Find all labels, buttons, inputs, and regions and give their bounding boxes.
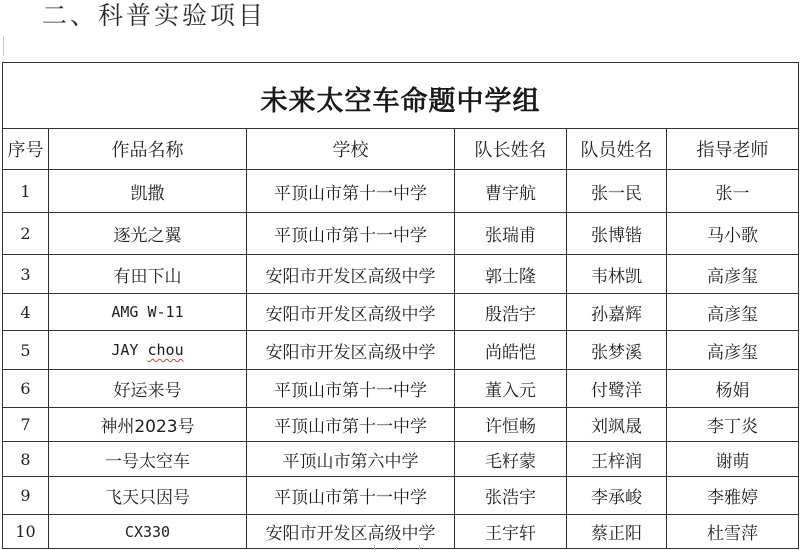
cell-no: 8 <box>3 442 49 477</box>
roster-table: 未来太空车命题中学组 序号 作品名称 学校 队长姓名 队员姓名 指导老师 1 凯… <box>2 62 799 549</box>
cell-captain: 董入元 <box>455 370 567 408</box>
table-row: 7 神州2023号 平顶山市第十一中学 许恒畅 刘飒晟 李丁炎 <box>3 408 799 442</box>
cell-work: CX330 <box>49 515 247 549</box>
cell-captain: 殷浩宇 <box>455 294 567 331</box>
cell-member: 张博锴 <box>567 213 667 255</box>
cell-member: 张一民 <box>567 170 667 213</box>
table-row: 6 好运来号 平顶山市第十一中学 董入元 付鹭洋 杨娟 <box>3 370 799 408</box>
column-header-school: 学校 <box>247 129 455 170</box>
cell-member: 蔡正阳 <box>567 515 667 549</box>
cell-teacher: 李丁炎 <box>667 408 799 442</box>
cell-no: 5 <box>3 331 49 370</box>
cell-teacher: 高彦玺 <box>667 331 799 370</box>
cell-member: 付鹭洋 <box>567 370 667 408</box>
cell-member: 韦林凯 <box>567 255 667 294</box>
cell-work: AMG W-11 <box>49 294 247 331</box>
cell-school: 平顶山市第十一中学 <box>247 170 455 213</box>
cell-teacher: 高彦玺 <box>667 255 799 294</box>
table-title-row: 未来太空车命题中学组 <box>3 63 799 129</box>
cell-captain: 毛籽蒙 <box>455 442 567 477</box>
cell-school: 平顶山市第六中学 <box>247 442 455 477</box>
cell-school: 平顶山市第十一中学 <box>247 370 455 408</box>
cell-member: 李承峻 <box>567 477 667 515</box>
table-row: 9 飞天只因号 平顶山市第十一中学 张浩宇 李承峻 李雅婷 <box>3 477 799 515</box>
cell-no: 3 <box>3 255 49 294</box>
table-row: 5 JAY chou 安阳市开发区高级中学 尚皓恺 张梦溪 高彦玺 <box>3 331 799 370</box>
cell-no: 4 <box>3 294 49 331</box>
cell-no: 2 <box>3 213 49 255</box>
cell-member: 张梦溪 <box>567 331 667 370</box>
cell-teacher: 马小歌 <box>667 213 799 255</box>
cell-work: 凯撒 <box>49 170 247 213</box>
column-header-work: 作品名称 <box>49 129 247 170</box>
cell-work: JAY chou <box>49 331 247 370</box>
cell-no: 1 <box>3 170 49 213</box>
cell-teacher: 李雅婷 <box>667 477 799 515</box>
cell-teacher: 张一 <box>667 170 799 213</box>
table-row: 4 AMG W-11 安阳市开发区高级中学 殷浩宇 孙嘉辉 高彦玺 <box>3 294 799 331</box>
cell-work: 神州2023号 <box>49 408 247 442</box>
cell-school: 安阳市开发区高级中学 <box>247 255 455 294</box>
cell-captain: 曹宇航 <box>455 170 567 213</box>
column-header-teacher: 指导老师 <box>667 129 799 170</box>
page-margin-mark <box>3 36 4 56</box>
cell-work: 逐光之翼 <box>49 213 247 255</box>
cell-work: 飞天只因号 <box>49 477 247 515</box>
table-row: 10 CX330 安阳市开发区高级中学 王宇轩 蔡正阳 杜雪萍 <box>3 515 799 549</box>
table-row: 3 有田下山 安阳市开发区高级中学 郭士隆 韦林凯 高彦玺 <box>3 255 799 294</box>
cell-school: 平顶山市第十一中学 <box>247 477 455 515</box>
cell-captain: 许恒畅 <box>455 408 567 442</box>
cell-work: 一号太空车 <box>49 442 247 477</box>
table-row: 2 逐光之翼 平顶山市第十一中学 张瑞甫 张博锴 马小歌 <box>3 213 799 255</box>
spellcheck-flagged-word: chou <box>148 341 184 359</box>
column-header-captain: 队长姓名 <box>455 129 567 170</box>
cell-teacher: 杨娟 <box>667 370 799 408</box>
cell-school: 安阳市开发区高级中学 <box>247 515 455 549</box>
cell-no: 9 <box>3 477 49 515</box>
cell-no: 6 <box>3 370 49 408</box>
cell-school: 安阳市开发区高级中学 <box>247 331 455 370</box>
cell-member: 刘飒晟 <box>567 408 667 442</box>
cell-no: 10 <box>3 515 49 549</box>
cell-captain: 王宇轩 <box>455 515 567 549</box>
cell-captain: 尚皓恺 <box>455 331 567 370</box>
cell-captain: 郭士隆 <box>455 255 567 294</box>
cell-member: 王梓润 <box>567 442 667 477</box>
cell-work: 有田下山 <box>49 255 247 294</box>
table-row: 8 一号太空车 平顶山市第六中学 毛籽蒙 王梓润 谢萌 <box>3 442 799 477</box>
cell-teacher: 高彦玺 <box>667 294 799 331</box>
cell-teacher: 杜雪萍 <box>667 515 799 549</box>
cell-teacher: 谢萌 <box>667 442 799 477</box>
table-row: 1 凯撒 平顶山市第十一中学 曹宇航 张一民 张一 <box>3 170 799 213</box>
cell-captain: 张瑞甫 <box>455 213 567 255</box>
column-header-no: 序号 <box>3 129 49 170</box>
table-title: 未来太空车命题中学组 <box>3 63 799 129</box>
table-header-row: 序号 作品名称 学校 队长姓名 队员姓名 指导老师 <box>3 129 799 170</box>
work-name-prefix: JAY <box>111 341 147 359</box>
section-heading: 二、科普实验项目 <box>42 0 266 32</box>
cell-school: 平顶山市第十一中学 <box>247 213 455 255</box>
cell-no: 7 <box>3 408 49 442</box>
page-footer-mark <box>374 545 420 550</box>
cell-work: 好运来号 <box>49 370 247 408</box>
cell-member: 孙嘉辉 <box>567 294 667 331</box>
column-header-member: 队员姓名 <box>567 129 667 170</box>
cell-school: 安阳市开发区高级中学 <box>247 294 455 331</box>
cell-captain: 张浩宇 <box>455 477 567 515</box>
cell-school: 平顶山市第十一中学 <box>247 408 455 442</box>
